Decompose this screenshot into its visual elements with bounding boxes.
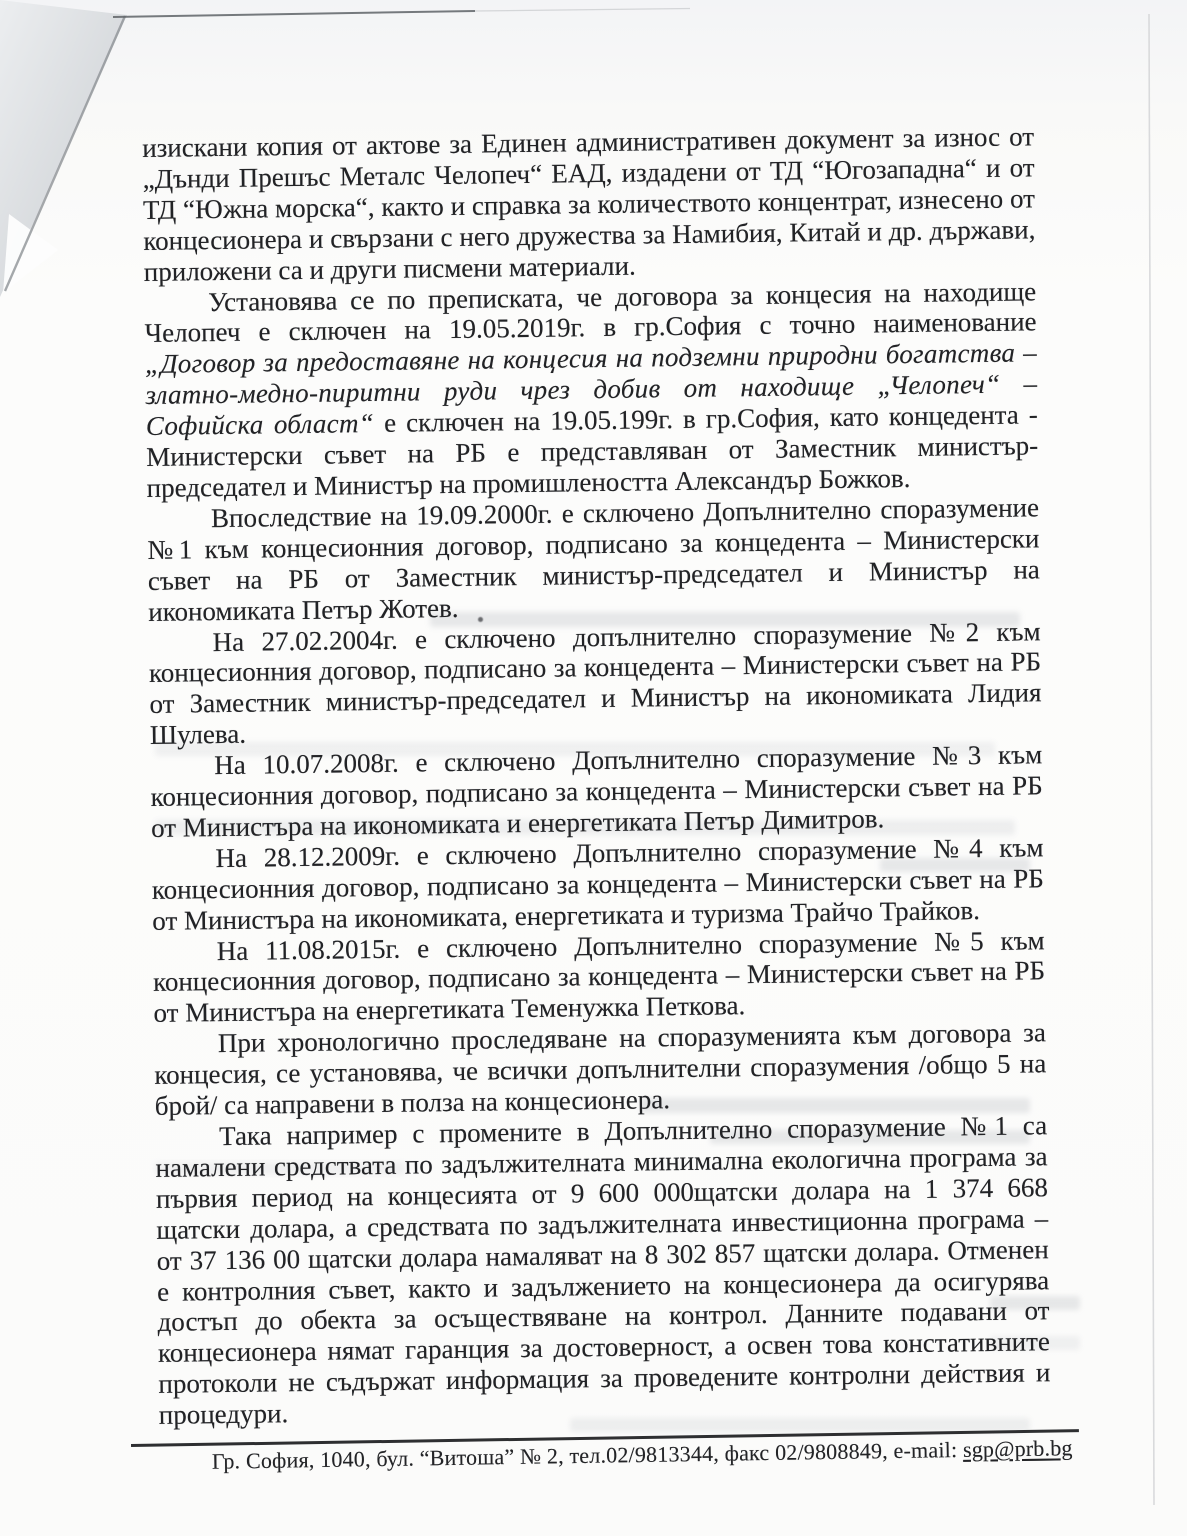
body-paragraph: На 27.02.2004г. е сключено допълнително …	[148, 616, 1042, 751]
document-body: изискани копия от актове за Единен админ…	[142, 121, 1051, 1431]
page-top-edge-line-fade	[475, 9, 690, 12]
body-paragraph: На 11.08.2015г. е сключено Допълнително …	[153, 925, 1046, 1029]
page-right-edge-line	[1149, 14, 1154, 1505]
scanned-document-page: изискани копия от актове за Единен админ…	[0, 0, 1187, 1536]
body-paragraph: Така например с промените в Допълнително…	[155, 1110, 1051, 1431]
paragraph-text: Установява се по преписката, че договора…	[144, 276, 1036, 349]
page-fold-edge-line	[5, 16, 125, 291]
body-paragraph: Установява се по преписката, че договора…	[144, 276, 1039, 504]
body-paragraph: На 10.07.2008г. е сключено Допълнително …	[150, 739, 1043, 843]
body-paragraph: изискани копия от актове за Единен админ…	[142, 121, 1036, 287]
page-top-edge-line	[113, 11, 475, 17]
footer-email-link[interactable]: sgp@prb.bg	[963, 1435, 1073, 1462]
body-paragraph: Впоследствие на 19.09.2000г. е сключено …	[147, 492, 1041, 627]
body-paragraph: На 28.12.2009г. е сключено Допълнително …	[151, 832, 1044, 936]
body-paragraph: При хронологично проследяване на споразу…	[154, 1018, 1047, 1122]
page-corner-fold	[0, 0, 127, 297]
page-footer: Гр. София, 1040, бул. “Витоша” № 2, тел.…	[131, 1429, 1079, 1476]
page-corner-fold-underside	[3, 214, 58, 293]
